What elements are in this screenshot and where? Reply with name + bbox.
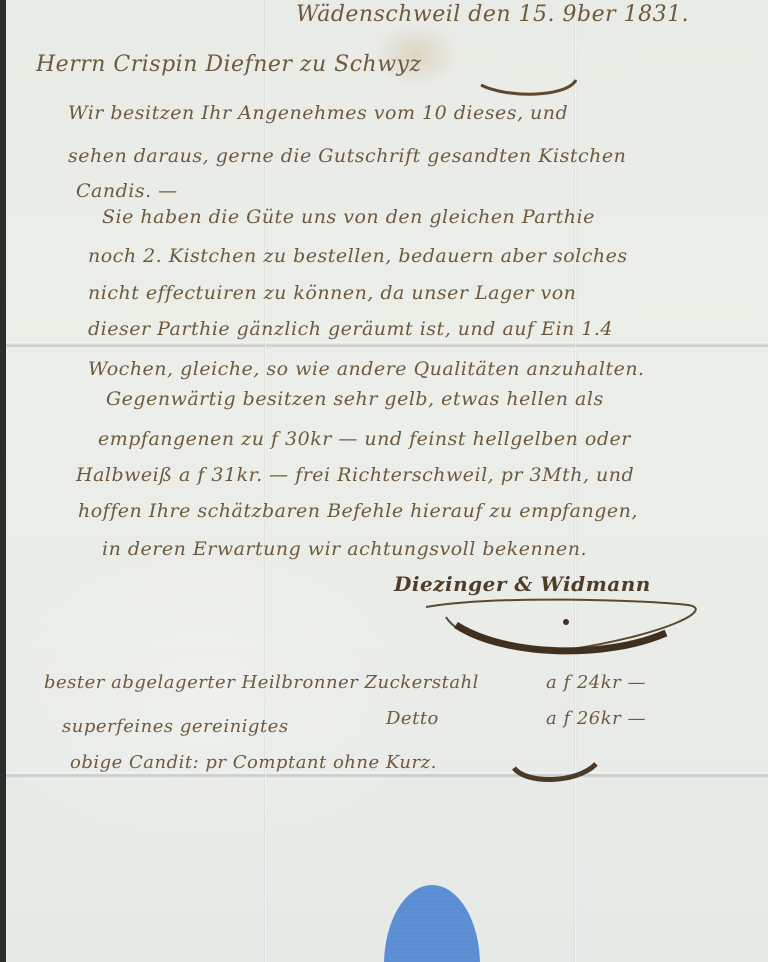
body-line-11: Halbweiß a f 31kr. — frei Richterschweil…: [76, 464, 634, 486]
price-item-2: superfeines gereinigtes: [62, 716, 289, 737]
body-line-2: sehen daraus, gerne die Gutschrift gesan…: [68, 145, 626, 167]
price-value-2: a f 26kr —: [546, 708, 646, 729]
seal-tear-blue-backing: [384, 885, 480, 962]
price-ditto-2: Detto: [386, 708, 439, 729]
body-line-7: dieser Parthie gänzlich geräumt ist, und…: [88, 318, 613, 340]
closing-flourish-icon: [506, 758, 606, 786]
body-line-12: hoffen Ihre schätzbaren Befehle hierauf …: [78, 500, 638, 522]
body-line-5: noch 2. Kistchen zu bestellen, bedauern …: [88, 245, 628, 267]
salutation-flourish-icon: [476, 70, 586, 100]
body-line-13: in deren Erwartung wir achtungsvoll beke…: [102, 538, 587, 560]
place-date: Wädenschweil den 15. 9ber 1831.: [296, 2, 689, 27]
body-line-6: nicht effectuiren zu können, da unser La…: [88, 282, 576, 304]
price-item-3: obige Candit: pr Comptant ohne Kurz.: [70, 752, 437, 773]
salutation: Herrn Crispin Diefner zu Schwyz: [36, 52, 422, 77]
body-line-3: Candis. —: [76, 180, 178, 202]
body-line-4: Sie haben die Güte uns von den gleichen …: [102, 206, 595, 228]
fold-line-upper: [6, 342, 768, 348]
signature-flourish-icon: [416, 595, 706, 665]
signature: Diezinger & Widmann: [394, 572, 651, 596]
price-value-1: a f 24kr —: [546, 672, 646, 693]
body-line-1: Wir besitzen Ihr Angenehmes vom 10 diese…: [68, 102, 568, 124]
letter-sheet: Wädenschweil den 15. 9ber 1831. Herrn Cr…: [6, 0, 768, 962]
body-line-9: Gegenwärtig besitzen sehr gelb, etwas he…: [106, 388, 604, 410]
price-item-1: bester abgelagerter Heilbronner Zuckerst…: [44, 672, 479, 693]
body-line-10: empfangenen zu f 30kr — und feinst hellg…: [98, 428, 631, 450]
body-line-8: Wochen, gleiche, so wie andere Qualitäte…: [88, 358, 645, 380]
